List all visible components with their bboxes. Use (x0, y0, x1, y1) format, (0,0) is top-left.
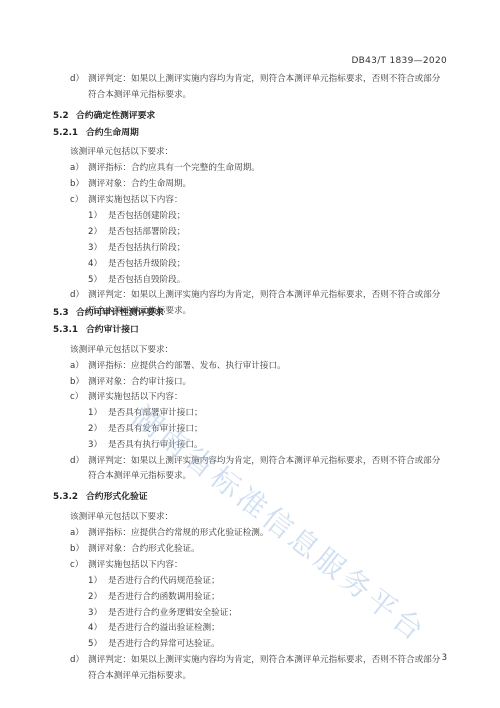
list-item-text: 测评对象：合约生命周期。 (88, 178, 191, 190)
sub-item-text: 是否包括创建阶段； (108, 210, 185, 222)
list-item-text: 测评判定：如果以上测评实施内容均为肯定，则符合本测评单元指标要求，否则不符合或部… (88, 654, 440, 666)
sub-item-text: 是否进行合约异常可达验证。 (108, 638, 220, 650)
list-item-label: c） (70, 391, 83, 403)
intro-text: 该测评单元包括以下要求： (70, 344, 173, 356)
subsection-number: 5.2.1 (53, 127, 78, 139)
list-item-label: b） (70, 543, 84, 555)
sub-item-label: 3） (88, 439, 102, 451)
section-heading: 合约可审计性测评要求 (76, 307, 164, 319)
list-item-text: 测评指标：应提供合约常规的形式化验证检测。 (88, 527, 268, 539)
section-number: 5.3 (53, 307, 69, 319)
sub-item-label: 1） (88, 575, 102, 587)
standard-code: DB43/T 1839—2020 (351, 56, 447, 66)
sub-item-label: 2） (88, 226, 102, 238)
list-item-label: b） (70, 376, 84, 388)
sub-item-text: 是否具有部署审计接口； (108, 407, 203, 419)
list-item-text: 测评判定：如果以上测评实施内容均为肯定，则符合本测评单元指标要求，否则不符合或部… (88, 289, 440, 301)
sub-item-text: 是否具有执行审计接口。 (108, 439, 203, 451)
sub-item-label: 4） (88, 258, 102, 270)
subsection-heading: 合约形式化验证 (86, 491, 148, 503)
list-item-continuation: 符合本测评单元指标要求。 (88, 89, 191, 101)
sub-item-label: 2） (88, 423, 102, 435)
document-page: DB43/T 1839—2020 d） 测评判定：如果以上测评实施内容均为肯定，… (0, 0, 500, 708)
sub-item-label: 3） (88, 242, 102, 254)
list-item-label: b） (70, 178, 84, 190)
list-item-text: 测评指标：合约应具有一个完整的生命周期。 (88, 162, 260, 174)
subsection-number: 5.3.1 (53, 324, 78, 336)
list-item-label: c） (70, 559, 83, 571)
list-item-text: 测评判定：如果以上测评实施内容均为肯定，则符合本测评单元指标要求，否则不符合或部… (88, 455, 440, 467)
sub-item-text: 是否包括执行阶段； (108, 242, 185, 254)
list-item-text: 测评实施包括以下内容： (88, 559, 183, 571)
list-item-label: a） (70, 360, 84, 372)
sub-item-label: 4） (88, 622, 102, 634)
sub-item-text: 是否包括升级阶段； (108, 258, 185, 270)
list-item-continuation: 符合本测评单元指标要求。 (88, 670, 191, 682)
sub-item-text: 是否进行合约函数调用验证； (108, 591, 220, 603)
list-item-continuation: 符合本测评单元指标要求。 (88, 470, 191, 482)
list-item-text: 测评对象：合约形式化验证。 (88, 543, 200, 555)
list-item-label: d） (70, 455, 84, 467)
section-number: 5.2 (53, 110, 69, 122)
sub-item-text: 是否具有发布审计接口； (108, 423, 203, 435)
section-heading: 合约确定性测评要求 (76, 110, 155, 122)
subsection-heading: 合约生命周期 (86, 127, 139, 139)
sub-item-label: 1） (88, 407, 102, 419)
sub-item-label: 2） (88, 591, 102, 603)
sub-item-text: 是否包括部署阶段； (108, 226, 185, 238)
sub-item-label: 1） (88, 210, 102, 222)
sub-item-text: 是否进行合约代码规范验证； (108, 575, 220, 587)
list-item-label: a） (70, 527, 84, 539)
sub-item-text: 是否进行合约溢出验证检测； (108, 622, 220, 634)
sub-item-text: 是否进行合约业务逻辑安全验证； (108, 607, 237, 619)
page-number: 3 (442, 653, 447, 663)
list-item-label: d） (70, 654, 84, 666)
list-item-text: 测评实施包括以下内容： (88, 391, 183, 403)
subsection-number: 5.3.2 (53, 491, 78, 503)
list-item-label: d） (70, 73, 84, 85)
sub-item-text: 是否包括自毁阶段。 (108, 274, 185, 286)
list-item-label: a） (70, 162, 84, 174)
list-item-text: 测评对象：合约审计接口。 (88, 376, 191, 388)
intro-text: 该测评单元包括以下要求： (70, 146, 173, 158)
subsection-heading: 合约审计接口 (86, 324, 139, 336)
list-item-label: d） (70, 289, 84, 301)
list-item-text: 测评实施包括以下内容： (88, 194, 183, 206)
list-item-text: 测评指标：应提供合约部署、发布、执行审计接口。 (88, 360, 286, 372)
intro-text: 该测评单元包括以下要求： (70, 511, 173, 523)
sub-item-label: 3） (88, 607, 102, 619)
sub-item-label: 5） (88, 274, 102, 286)
list-item-text: 测评判定：如果以上测评实施内容均为肯定，则符合本测评单元指标要求，否则不符合或部… (88, 73, 440, 85)
sub-item-label: 5） (88, 638, 102, 650)
list-item-label: c） (70, 194, 83, 206)
